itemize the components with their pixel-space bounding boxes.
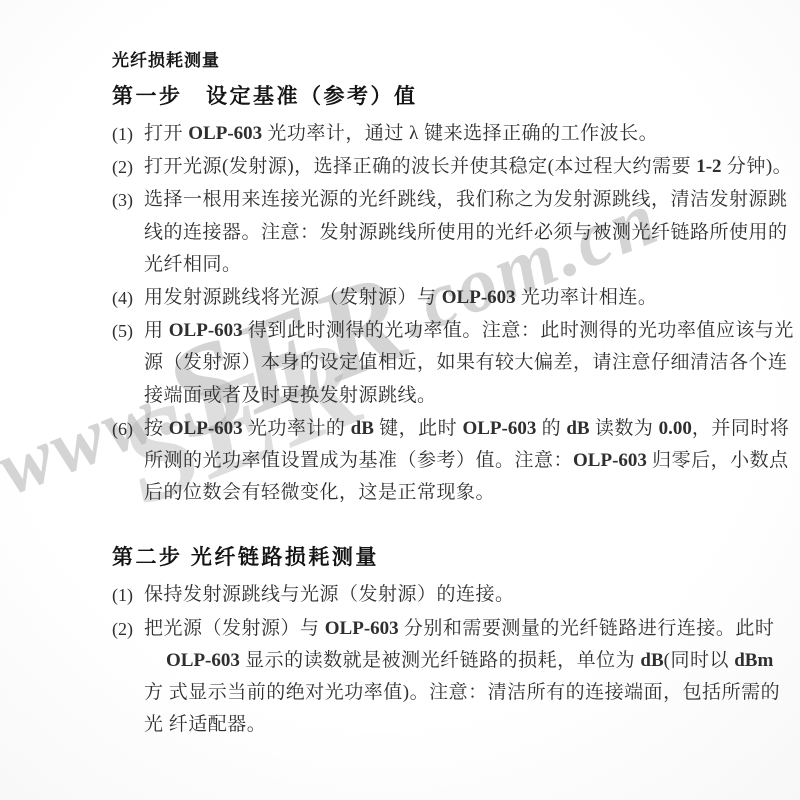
list-item-line: 打开 OLP-603 光功率计，通过 λ 键来选择正确的工作波长。 [144, 118, 737, 150]
list-item-line: 源（发射源）本身的设定值相近，如果有较大偏差，请注意仔细清洁各个连 [144, 347, 737, 379]
list-item: (6) 按 OLP-603 光功率计的 dB 键，此时 OLP-603 的 dB… [112, 413, 737, 510]
list-item-line: 用发射源跳线将光源（发射源）与 OLP-603 光功率计相连。 [144, 282, 737, 314]
document-body: 光纤损耗测量 第一步 设定基准（参考）值 (1) 打开 OLP-603 光功率计… [112, 50, 737, 742]
document-title: 光纤损耗测量 [112, 50, 737, 72]
list-item: (2) 打开光源(发射源)，选择正确的波长并使其稳定(本过程大约需要 1-2 分… [112, 151, 737, 183]
list-item-number: (5) [112, 315, 133, 347]
list-item: (2) 把光源（发射源）与 OLP-603 分别和需要测量的光纤链路进行连接。此… [112, 613, 737, 742]
section-1-heading: 第一步 设定基准（参考）值 [112, 84, 737, 110]
list-item-number: (1) [112, 118, 133, 150]
section-2-heading: 第二步 光纤链路损耗测量 [112, 545, 737, 571]
list-item: (1) 打开 OLP-603 光功率计，通过 λ 键来选择正确的工作波长。 [112, 118, 737, 150]
list-item-number: (3) [112, 184, 133, 216]
list-item-line: 按 OLP-603 光功率计的 dB 键，此时 OLP-603 的 dB 读数为… [144, 413, 737, 445]
list-item-number: (2) [112, 613, 133, 645]
list-item-line: OLP-603 显示的读数就是被测光纤链路的损耗，单位为 dB(同时以 dBm [166, 645, 737, 677]
list-item: (5) 用 OLP-603 得到此时测得的光功率值。注意：此时测得的光功率值应该… [112, 315, 737, 412]
section-step-2: 第二步 光纤链路损耗测量 (1) 保持发射源跳线与光源（发射源）的连接。 (2)… [112, 545, 737, 741]
list-item: (3) 选择一根用来连接光源的光纤跳线，我们称之为发射源跳线，清洁发射源跳 线的… [112, 184, 737, 281]
section-step-1: 第一步 设定基准（参考）值 (1) 打开 OLP-603 光功率计，通过 λ 键… [112, 84, 737, 509]
list-item-line: 方 式显示当前的绝对光功率值)。注意：清洁所有的连接端面，包括所需的 [144, 677, 737, 709]
scanned-document-page: www.SER.com.cn 光纤损耗测量 第一步 设定基准（参考）值 (1) … [0, 0, 800, 800]
list-item-line: 接端面或者及时更换发射源跳线。 [144, 380, 737, 412]
list-item-line: 光 纤适配器。 [144, 709, 737, 741]
list-item: (1) 保持发射源跳线与光源（发射源）的连接。 [112, 579, 737, 611]
list-item-line: 光纤相同。 [144, 249, 737, 281]
list-item-line: 保持发射源跳线与光源（发射源）的连接。 [144, 579, 737, 611]
list-item-number: (4) [112, 282, 133, 314]
list-item-number: (1) [112, 579, 133, 611]
list-item-line: 用 OLP-603 得到此时测得的光功率值。注意：此时测得的光功率值应该与光 [144, 315, 737, 347]
list-item-line: 后的位数会有轻微变化，这是正常现象。 [144, 477, 737, 509]
list-item: (4) 用发射源跳线将光源（发射源）与 OLP-603 光功率计相连。 [112, 282, 737, 314]
list-item-line: 选择一根用来连接光源的光纤跳线，我们称之为发射源跳线，清洁发射源跳 [144, 184, 737, 216]
list-item-number: (2) [112, 151, 133, 183]
list-item-line: 打开光源(发射源)，选择正确的波长并使其稳定(本过程大约需要 1-2 分钟)。 [144, 151, 737, 183]
list-item-line: 把光源（发射源）与 OLP-603 分别和需要测量的光纤链路进行连接。此时 [144, 613, 737, 645]
list-item-line: 所测的光功率值设置成为基准（参考）值。注意：OLP-603 归零后，小数点 [144, 445, 737, 477]
list-item-line: 线的连接器。注意：发射源跳线所使用的光纤必须与被测光纤链路所使用的 [144, 217, 737, 249]
list-item-number: (6) [112, 413, 133, 445]
